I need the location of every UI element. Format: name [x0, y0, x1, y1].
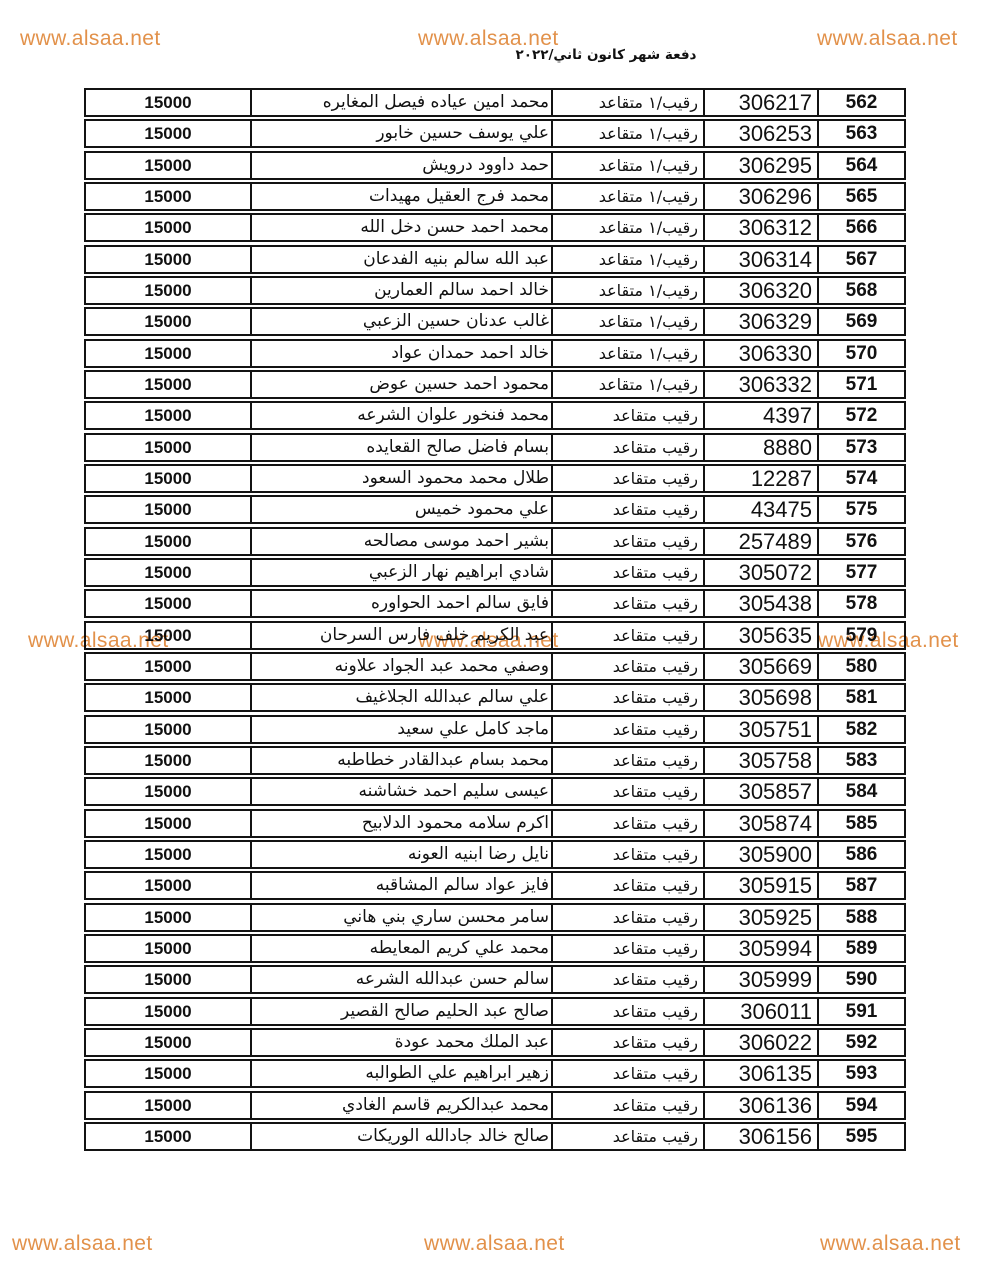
name-cell: علي سالم عبدالله الجلاغيف [252, 685, 553, 710]
table-row: 15000 شادي ابراهيم نهار الزعبي رقيب متقا… [84, 558, 906, 587]
table-row: 15000 صالح عبد الحليم صالح القصير رقيب م… [84, 997, 906, 1026]
amount-cell: 15000 [86, 247, 252, 272]
serial-cell: 575 [819, 497, 904, 522]
name-cell: محمد بسام عبدالقادر خطاطبه [252, 748, 553, 773]
name-cell: سالم حسن عبدالله الشرعه [252, 967, 553, 992]
amount-cell: 15000 [86, 497, 252, 522]
table-row: 15000 محمد احمد حسن دخل الله رقيب/١ متقا… [84, 213, 906, 242]
rank-cell: رقيب متقاعد [553, 967, 705, 992]
rank-cell: رقيب/١ متقاعد [553, 278, 705, 303]
amount-cell: 15000 [86, 466, 252, 491]
pension-table: 15000 محمد امين عياده فيصل المغايره رقيب… [84, 88, 906, 1153]
name-cell: محمد احمد حسن دخل الله [252, 215, 553, 240]
name-cell: خالد احمد سالم العمارين [252, 278, 553, 303]
id-cell: 306329 [705, 309, 819, 334]
table-row: 15000 محمد بسام عبدالقادر خطاطبه رقيب مت… [84, 746, 906, 775]
rank-cell: رقيب/١ متقاعد [553, 153, 705, 178]
serial-cell: 589 [819, 936, 904, 961]
name-cell: حمد داوود درويش [252, 153, 553, 178]
rank-cell: رقيب متقاعد [553, 560, 705, 585]
rank-cell: رقيب/١ متقاعد [553, 247, 705, 272]
id-cell: 305857 [705, 779, 819, 804]
amount-cell: 15000 [86, 685, 252, 710]
id-cell: 306330 [705, 341, 819, 366]
table-row: 15000 محمد عبدالكريم قاسم الغادي رقيب مت… [84, 1091, 906, 1120]
watermark-bottom-center: www.alsaa.net [424, 1232, 565, 1256]
amount-cell: 15000 [86, 435, 252, 460]
amount-cell: 15000 [86, 341, 252, 366]
rank-cell: رقيب متقاعد [553, 1030, 705, 1055]
table-row: 15000 علي يوسف حسين خابور رقيب/١ متقاعد … [84, 119, 906, 148]
rank-cell: رقيب متقاعد [553, 1093, 705, 1118]
rank-cell: رقيب متقاعد [553, 623, 705, 648]
id-cell: 306135 [705, 1061, 819, 1086]
name-cell: عبد الله سالم بنيه الفدعان [252, 247, 553, 272]
name-cell: بسام فاضل صالح القعايده [252, 435, 553, 460]
amount-cell: 15000 [86, 591, 252, 616]
rank-cell: رقيب متقاعد [553, 466, 705, 491]
serial-cell: 593 [819, 1061, 904, 1086]
serial-cell: 578 [819, 591, 904, 616]
watermark-top-right: www.alsaa.net [817, 27, 958, 51]
watermark-top-center: www.alsaa.net [418, 27, 559, 51]
serial-cell: 572 [819, 403, 904, 428]
amount-cell: 15000 [86, 842, 252, 867]
table-row: 15000 عيسى سليم احمد خشاشنه رقيب متقاعد … [84, 777, 906, 806]
table-row: 15000 حمد داوود درويش رقيب/١ متقاعد 3062… [84, 151, 906, 180]
rank-cell: رقيب متقاعد [553, 936, 705, 961]
rank-cell: رقيب متقاعد [553, 529, 705, 554]
id-cell: 4397 [705, 403, 819, 428]
serial-cell: 563 [819, 121, 904, 146]
table-row: 15000 غالب عدنان حسين الزعبي رقيب/١ متقا… [84, 307, 906, 336]
amount-cell: 15000 [86, 905, 252, 930]
rank-cell: رقيب متقاعد [553, 811, 705, 836]
table-row: 15000 علي محمود خميس رقيب متقاعد 43475 5… [84, 495, 906, 524]
table-row: 15000 فايز عواد سالم المشاقبه رقيب متقاع… [84, 871, 906, 900]
rank-cell: رقيب متقاعد [553, 717, 705, 742]
id-cell: 306314 [705, 247, 819, 272]
id-cell: 305669 [705, 654, 819, 679]
serial-cell: 573 [819, 435, 904, 460]
table-row: 15000 خالد احمد حمدان عواد رقيب/١ متقاعد… [84, 339, 906, 368]
amount-cell: 15000 [86, 654, 252, 679]
serial-cell: 586 [819, 842, 904, 867]
table-row: 15000 محمد فنخور علوان الشرعه رقيب متقاع… [84, 401, 906, 430]
watermark-mid-left: www.alsaa.net [28, 629, 169, 653]
table-row: 15000 فايق سالم احمد الحواوره رقيب متقاع… [84, 589, 906, 618]
name-cell: علي يوسف حسين خابور [252, 121, 553, 146]
name-cell: اكرم سلامه محمود الدلابيح [252, 811, 553, 836]
id-cell: 305925 [705, 905, 819, 930]
amount-cell: 15000 [86, 811, 252, 836]
rank-cell: رقيب متقاعد [553, 685, 705, 710]
serial-cell: 564 [819, 153, 904, 178]
id-cell: 306320 [705, 278, 819, 303]
rank-cell: رقيب متقاعد [553, 1124, 705, 1149]
rank-cell: رقيب متقاعد [553, 873, 705, 898]
rank-cell: رقيب/١ متقاعد [553, 215, 705, 240]
name-cell: زهير ابراهيم علي الطوالبه [252, 1061, 553, 1086]
name-cell: نايل رضا ابنيه العونه [252, 842, 553, 867]
table-row: 15000 سالم حسن عبدالله الشرعه رقيب متقاع… [84, 965, 906, 994]
id-cell: 306011 [705, 999, 819, 1024]
id-cell: 305900 [705, 842, 819, 867]
watermark-mid-right: www.alsaa.net [818, 629, 959, 653]
serial-cell: 577 [819, 560, 904, 585]
serial-cell: 565 [819, 184, 904, 209]
rank-cell: رقيب متقاعد [553, 999, 705, 1024]
name-cell: عيسى سليم احمد خشاشنه [252, 779, 553, 804]
name-cell: محمد فنخور علوان الشرعه [252, 403, 553, 428]
serial-cell: 582 [819, 717, 904, 742]
amount-cell: 15000 [86, 779, 252, 804]
rank-cell: رقيب متقاعد [553, 779, 705, 804]
serial-cell: 583 [819, 748, 904, 773]
name-cell: شادي ابراهيم نهار الزعبي [252, 560, 553, 585]
serial-cell: 574 [819, 466, 904, 491]
id-cell: 306332 [705, 372, 819, 397]
amount-cell: 15000 [86, 560, 252, 585]
serial-cell: 584 [819, 779, 904, 804]
table-row: 15000 صالح خالد جادالله الوريكات رقيب مت… [84, 1122, 906, 1151]
rank-cell: رقيب متقاعد [553, 842, 705, 867]
serial-cell: 592 [819, 1030, 904, 1055]
rank-cell: رقيب متقاعد [553, 905, 705, 930]
amount-cell: 15000 [86, 967, 252, 992]
id-cell: 306022 [705, 1030, 819, 1055]
serial-cell: 595 [819, 1124, 904, 1149]
name-cell: محمد عبدالكريم قاسم الغادي [252, 1093, 553, 1118]
id-cell: 305072 [705, 560, 819, 585]
serial-cell: 562 [819, 90, 904, 115]
serial-cell: 567 [819, 247, 904, 272]
amount-cell: 15000 [86, 372, 252, 397]
serial-cell: 566 [819, 215, 904, 240]
amount-cell: 15000 [86, 184, 252, 209]
table-row: 15000 علي سالم عبدالله الجلاغيف رقيب متق… [84, 683, 906, 712]
serial-cell: 594 [819, 1093, 904, 1118]
amount-cell: 15000 [86, 153, 252, 178]
watermark-bottom-right: www.alsaa.net [820, 1232, 961, 1256]
amount-cell: 15000 [86, 1124, 252, 1149]
serial-cell: 580 [819, 654, 904, 679]
serial-cell: 569 [819, 309, 904, 334]
table-row: 15000 خالد احمد سالم العمارين رقيب/١ متق… [84, 276, 906, 305]
serial-cell: 568 [819, 278, 904, 303]
table-row: 15000 محمد فرج العقيل مهيدات رقيب/١ متقا… [84, 182, 906, 211]
serial-cell: 570 [819, 341, 904, 366]
name-cell: سامر محسن ساري بني هاني [252, 905, 553, 930]
id-cell: 306136 [705, 1093, 819, 1118]
id-cell: 305698 [705, 685, 819, 710]
id-cell: 305751 [705, 717, 819, 742]
id-cell: 305915 [705, 873, 819, 898]
id-cell: 257489 [705, 529, 819, 554]
id-cell: 305438 [705, 591, 819, 616]
table-row: 15000 بشير احمد موسى مصالحه رقيب متقاعد … [84, 527, 906, 556]
table-row: 15000 محمود احمد حسين عوض رقيب/١ متقاعد … [84, 370, 906, 399]
watermark-bottom-left: www.alsaa.net [12, 1232, 153, 1256]
id-cell: 12287 [705, 466, 819, 491]
id-cell: 306295 [705, 153, 819, 178]
amount-cell: 15000 [86, 403, 252, 428]
id-cell: 306253 [705, 121, 819, 146]
id-cell: 305994 [705, 936, 819, 961]
table-row: 15000 ماجد كامل علي سعيد رقيب متقاعد 305… [84, 715, 906, 744]
name-cell: طلال محمد محمود السعود [252, 466, 553, 491]
name-cell: بشير احمد موسى مصالحه [252, 529, 553, 554]
rank-cell: رقيب/١ متقاعد [553, 309, 705, 334]
name-cell: خالد احمد حمدان عواد [252, 341, 553, 366]
table-row: 15000 نايل رضا ابنيه العونه رقيب متقاعد … [84, 840, 906, 869]
rank-cell: رقيب/١ متقاعد [553, 121, 705, 146]
rank-cell: رقيب متقاعد [553, 591, 705, 616]
serial-cell: 581 [819, 685, 904, 710]
table-row: 15000 زهير ابراهيم علي الطوالبه رقيب متق… [84, 1059, 906, 1088]
name-cell: فايز عواد سالم المشاقبه [252, 873, 553, 898]
serial-cell: 588 [819, 905, 904, 930]
amount-cell: 15000 [86, 309, 252, 334]
id-cell: 305758 [705, 748, 819, 773]
id-cell: 305874 [705, 811, 819, 836]
rank-cell: رقيب/١ متقاعد [553, 341, 705, 366]
id-cell: 305635 [705, 623, 819, 648]
serial-cell: 590 [819, 967, 904, 992]
serial-cell: 587 [819, 873, 904, 898]
name-cell: محمد امين عياده فيصل المغايره [252, 90, 553, 115]
scanned-document-page: { "header": { "title": "دفعة شهر كانون ث… [0, 0, 989, 1280]
amount-cell: 15000 [86, 90, 252, 115]
name-cell: فايق سالم احمد الحواوره [252, 591, 553, 616]
rank-cell: رقيب/١ متقاعد [553, 90, 705, 115]
serial-cell: 585 [819, 811, 904, 836]
table-row: 15000 اكرم سلامه محمود الدلابيح رقيب متق… [84, 809, 906, 838]
amount-cell: 15000 [86, 748, 252, 773]
name-cell: عبد الملك محمد عودة [252, 1030, 553, 1055]
serial-cell: 576 [819, 529, 904, 554]
serial-cell: 591 [819, 999, 904, 1024]
table-row: 15000 عبد الله سالم بنيه الفدعان رقيب/١ … [84, 245, 906, 274]
id-cell: 306312 [705, 215, 819, 240]
table-row: 15000 عبد الملك محمد عودة رقيب متقاعد 30… [84, 1028, 906, 1057]
name-cell: محمد فرج العقيل مهيدات [252, 184, 553, 209]
amount-cell: 15000 [86, 1061, 252, 1086]
table-row: 15000 سامر محسن ساري بني هاني رقيب متقاع… [84, 903, 906, 932]
amount-cell: 15000 [86, 1093, 252, 1118]
name-cell: محمد علي كريم المعايطه [252, 936, 553, 961]
amount-cell: 15000 [86, 121, 252, 146]
id-cell: 306296 [705, 184, 819, 209]
amount-cell: 15000 [86, 215, 252, 240]
amount-cell: 15000 [86, 1030, 252, 1055]
id-cell: 306156 [705, 1124, 819, 1149]
rank-cell: رقيب متقاعد [553, 403, 705, 428]
amount-cell: 15000 [86, 529, 252, 554]
rank-cell: رقيب متقاعد [553, 497, 705, 522]
amount-cell: 15000 [86, 873, 252, 898]
rank-cell: رقيب متقاعد [553, 654, 705, 679]
id-cell: 8880 [705, 435, 819, 460]
name-cell: محمود احمد حسين عوض [252, 372, 553, 397]
table-row: 15000 طلال محمد محمود السعود رقيب متقاعد… [84, 464, 906, 493]
watermark-mid-center: www.alsaa.net [418, 629, 559, 653]
name-cell: صالح عبد الحليم صالح القصير [252, 999, 553, 1024]
rank-cell: رقيب/١ متقاعد [553, 372, 705, 397]
rank-cell: رقيب/١ متقاعد [553, 184, 705, 209]
table-row: 15000 محمد امين عياده فيصل المغايره رقيب… [84, 88, 906, 117]
id-cell: 43475 [705, 497, 819, 522]
name-cell: وصفي محمد عبد الجواد علاونه [252, 654, 553, 679]
serial-cell: 571 [819, 372, 904, 397]
amount-cell: 15000 [86, 717, 252, 742]
amount-cell: 15000 [86, 999, 252, 1024]
id-cell: 306217 [705, 90, 819, 115]
name-cell: علي محمود خميس [252, 497, 553, 522]
table-row: 15000 بسام فاضل صالح القعايده رقيب متقاع… [84, 433, 906, 462]
rank-cell: رقيب متقاعد [553, 748, 705, 773]
id-cell: 305999 [705, 967, 819, 992]
rank-cell: رقيب متقاعد [553, 1061, 705, 1086]
table-row: 15000 محمد علي كريم المعايطه رقيب متقاعد… [84, 934, 906, 963]
name-cell: ماجد كامل علي سعيد [252, 717, 553, 742]
name-cell: صالح خالد جادالله الوريكات [252, 1124, 553, 1149]
rank-cell: رقيب متقاعد [553, 435, 705, 460]
amount-cell: 15000 [86, 936, 252, 961]
amount-cell: 15000 [86, 278, 252, 303]
name-cell: غالب عدنان حسين الزعبي [252, 309, 553, 334]
watermark-top-left: www.alsaa.net [20, 27, 161, 51]
table-row: 15000 وصفي محمد عبد الجواد علاونه رقيب م… [84, 652, 906, 681]
